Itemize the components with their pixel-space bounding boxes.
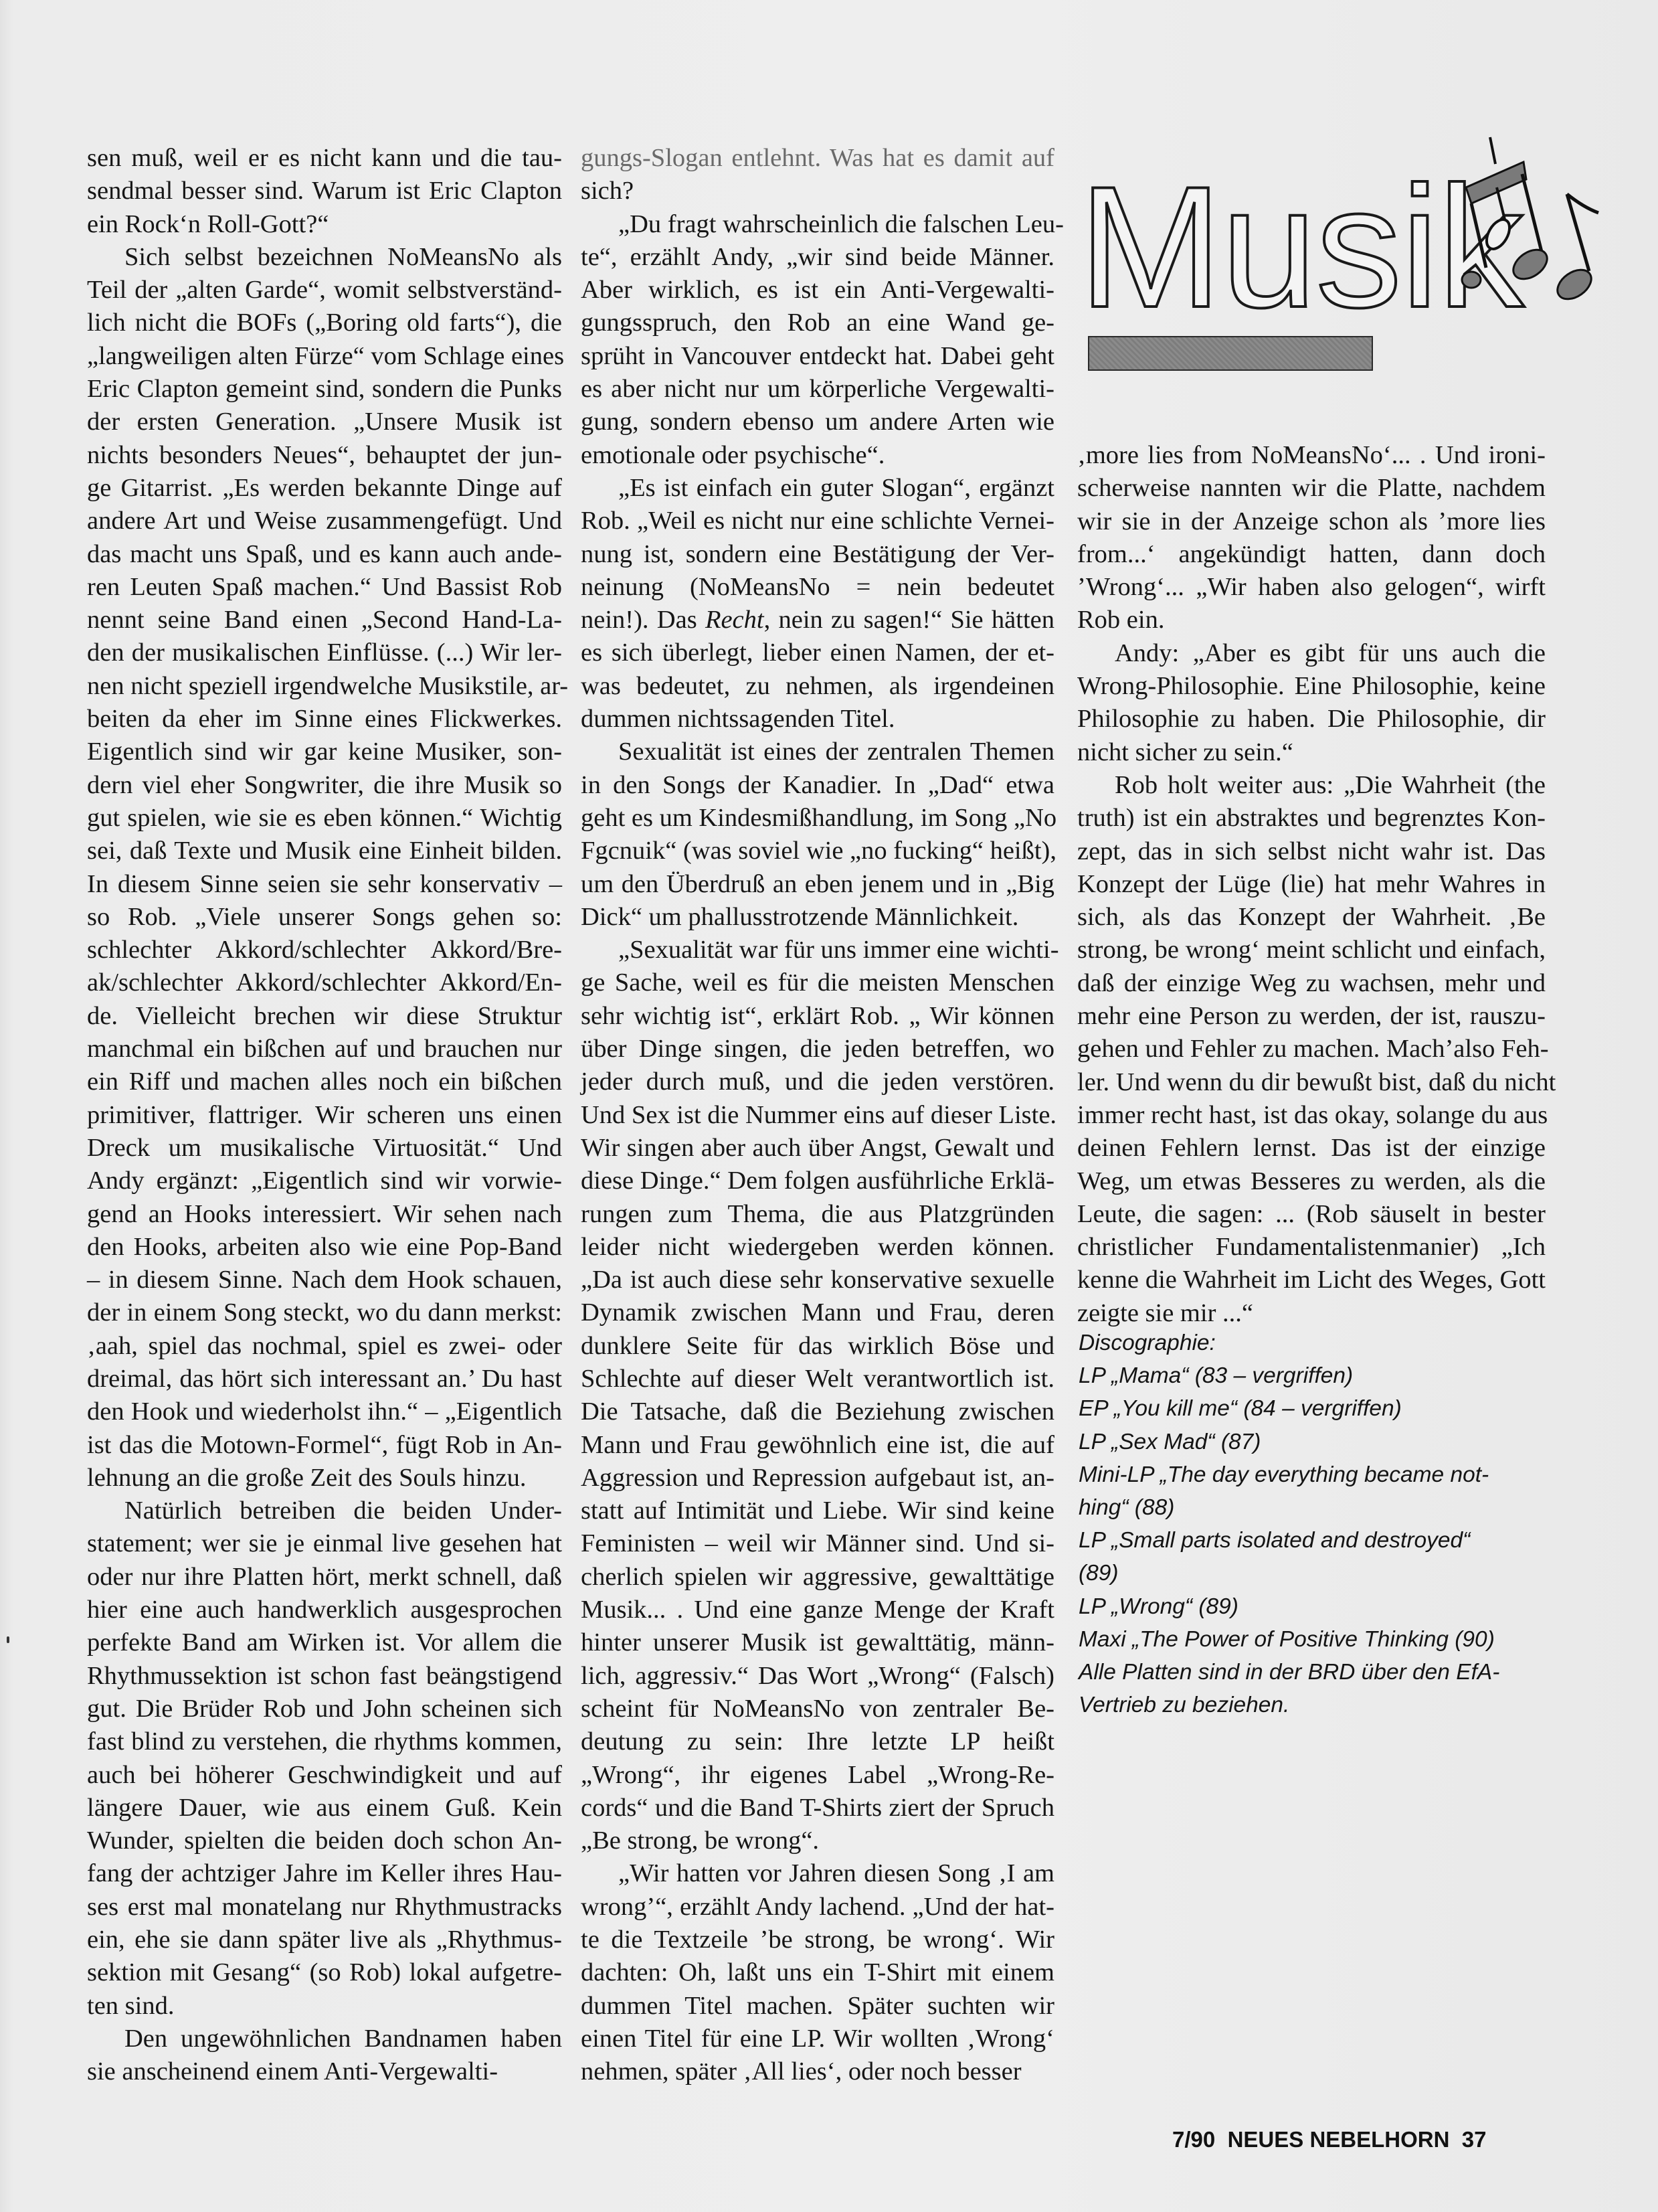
text-line: lich nicht die BOFs („Boring old farts“)… <box>87 307 562 339</box>
text-line: so Rob. „Viele unserer Songs gehen so: <box>87 901 562 934</box>
text-line: nicht sicher zu sein.“ <box>1077 736 1546 769</box>
text-line: gend an Hooks interessiert. Wir sehen na… <box>87 1198 562 1231</box>
text-line: Schlechte auf dieser Welt verantwortlich… <box>581 1363 1054 1395</box>
text-line: der ersten Generation. „Unsere Musik ist <box>87 406 562 438</box>
text-line: statt auf Intimität und Liebe. Wir sind … <box>581 1495 1054 1527</box>
text-line: Und Sex ist die Nummer eins auf dieser L… <box>581 1099 1054 1132</box>
article-column-1: sen muß, weil er es nicht kann und die t… <box>87 142 562 2089</box>
text-line: ist das die Motown-Formel“, fügt Rob in … <box>87 1429 562 1462</box>
text-line: Konzept der Lüge (lie) hat mehr Wahres i… <box>1077 868 1546 901</box>
article-column-3: ‚more lies from NoMeansNo‘... . Und iron… <box>1077 439 1546 1330</box>
text-line: te“, erzählt Andy, „wir sind beide Männe… <box>581 241 1054 274</box>
text-line: sen muß, weil er es nicht kann und die t… <box>87 142 562 175</box>
text-line: ’Wrong‘... „Wir haben also gelogen“, wir… <box>1077 571 1546 604</box>
text-line: Eric Clapton gemeint sind, sondern die P… <box>87 373 562 406</box>
text-line: gungs-Slogan entlehnt. Was hat es damit … <box>581 142 1054 175</box>
text-line: gehen und Fehler zu machen. Mach’also Fe… <box>1077 1033 1546 1066</box>
text-line: emotionale oder psychische“. <box>581 439 1054 472</box>
page-footer: 7/90 NEUES NEBELHORN 37 <box>1172 2127 1487 2152</box>
text-line: Andy: „Aber es gibt für uns auch die <box>1077 637 1546 670</box>
text-line: auch bei höherer Geschwindigkeit und auf <box>87 1759 562 1792</box>
text-line: scheint für NoMeansNo von zentraler Be- <box>581 1693 1054 1725</box>
text-line: sprüht in Vancouver entdeckt hat. Dabei … <box>581 340 1054 373</box>
text-line: Dynamik zwischen Mann und Frau, deren <box>581 1296 1054 1329</box>
discography-heading: Discographie: <box>1079 1327 1547 1359</box>
text-line: dunklere Seite für das wirklich Böse und <box>581 1330 1054 1363</box>
article-paragraph: „Du fragt wahrscheinlich die falschen Le… <box>581 208 1054 472</box>
text-line: gut. Die Brüder Rob und John scheinen si… <box>87 1693 562 1725</box>
text-line: den Hook und wiederholst ihn.“ – „Eigent… <box>87 1395 562 1428</box>
discography-entry: LP „Sex Mad“ (87) <box>1079 1426 1547 1458</box>
text-line: Wunder, spielten die beiden doch schon A… <box>87 1824 562 1857</box>
text-line: längere Dauer, wie aus einem Guß. Kein <box>87 1792 562 1824</box>
text-line: der in einem Song steckt, wo du dann mer… <box>87 1296 562 1329</box>
text-line: perfekte Band am Wirken ist. Vor allem d… <box>87 1626 562 1659</box>
discography-entry: Vertrieb zu beziehen. <box>1079 1689 1547 1721</box>
text-line: sich, als das Konzept der Wahrheit. ‚Be <box>1077 901 1546 934</box>
text-line: Natürlich betreiben die beiden Under- <box>87 1495 562 1527</box>
text-line: Weg, um etwas Besseres zu werden, als di… <box>1077 1165 1546 1198</box>
text-line: gung, sondern ebenso um andere Arten wie <box>581 406 1054 438</box>
text-line: ‚more lies from NoMeansNo‘... . Und iron… <box>1077 439 1546 472</box>
discography-entry: hing“ (88) <box>1079 1491 1547 1524</box>
text-line: Den ungewöhnlichen Bandnamen haben <box>87 2023 562 2055</box>
text-line: Fgcnuik“ (was soviel wie „no fucking“ he… <box>581 835 1054 867</box>
article-paragraph: ‚more lies from NoMeansNo‘... . Und iron… <box>1077 439 1546 637</box>
article-paragraph: Den ungewöhnlichen Bandnamen habensie an… <box>87 2023 562 2089</box>
text-line: ein Riff und machen alles noch ein bißch… <box>87 1066 562 1098</box>
text-line: In diesem Sinne seien sie sehr konservat… <box>87 868 562 901</box>
text-line: hier eine auch handwerklich ausgesproche… <box>87 1594 562 1626</box>
text-line: sektion mit Gesang“ (so Rob) lokal aufge… <box>87 1956 562 1989</box>
text-line: jeder durch muß, und die jeden verstören… <box>581 1066 1054 1098</box>
text-line: in den Songs der Kanadier. In „Dad“ etwa <box>581 769 1054 802</box>
text-line: sie anscheinend einem Anti-Vergewalti- <box>87 2055 562 2088</box>
text-line: deutung zu sein: Ihre letzte LP heißt <box>581 1725 1054 1758</box>
text-line: Rhythmussektion ist schon fast beängstig… <box>87 1660 562 1693</box>
text-line: ge Sache, weil es für die meisten Mensch… <box>581 966 1054 999</box>
text-line: „Du fragt wahrscheinlich die falschen Le… <box>581 208 1054 241</box>
text-line: leider nicht wiedergeben werden können. <box>581 1231 1054 1264</box>
text-line: „Es ist einfach ein guter Slogan“, ergän… <box>581 472 1054 505</box>
text-line: ses erst mal monatelang nur Rhythmustrac… <box>87 1891 562 1924</box>
article-paragraph: Rob holt weiter aus: „Die Wahrheit (thet… <box>1077 769 1546 1330</box>
discography-entry: Mini-LP „The day everything became not- <box>1079 1458 1547 1491</box>
text-line: um den Überdruß an eben jenem und in „Bi… <box>581 868 1054 901</box>
text-line: christlicher Fundamentalistenmanier) „Ic… <box>1077 1231 1546 1264</box>
text-line: lich, aggressiv.“ Das Wort „Wrong“ (Fals… <box>581 1660 1054 1693</box>
article-paragraph: Andy: „Aber es gibt für uns auch dieWron… <box>1077 637 1546 769</box>
text-line: andere Art und Weise zusammengefügt. Und <box>87 505 562 537</box>
text-line: Feministen – weil wir Männer sind. Und s… <box>581 1527 1054 1560</box>
text-line: neinung (NoMeansNo = nein bedeutet <box>581 571 1054 604</box>
text-line: Andy ergänzt: „Eigentlich sind wir vorwi… <box>87 1165 562 1197</box>
text-line: ein, ehe sie dann später live als „Rhyth… <box>87 1924 562 1956</box>
article-paragraph: „Es ist einfach ein guter Slogan“, ergän… <box>581 472 1054 736</box>
discography-entry: (89) <box>1079 1557 1547 1590</box>
text-line: cords“ und die Band T-Shirts ziert der S… <box>581 1792 1054 1824</box>
text-line: strong, be wrong‘ meint schlicht und ein… <box>1077 934 1546 966</box>
text-line: „Wir hatten vor Jahren diesen Song ‚I am <box>581 1857 1054 1890</box>
text-line: „Wrong“, ihr eigenes Label „Wrong-Re- <box>581 1759 1054 1792</box>
print-speck <box>7 1636 9 1643</box>
text-line: Musik... . Und eine ganze Menge der Kraf… <box>581 1594 1054 1626</box>
discography-entry: EP „You kill me“ (84 – vergriffen) <box>1079 1392 1547 1425</box>
text-line: ge Gitarrist. „Es werden bekannte Dinge … <box>87 472 562 505</box>
magazine-name: NEUES NEBELHORN <box>1228 2127 1450 2152</box>
text-line: fang der achtziger Jahre im Keller ihres… <box>87 1857 562 1890</box>
text-line: über Dinge singen, die jeden betreffen, … <box>581 1033 1054 1066</box>
text-line: Wrong-Philosophie. Eine Philosophie, kei… <box>1077 670 1546 703</box>
text-line: truth) ist ein abstraktes und begrenztes… <box>1077 802 1546 835</box>
text-line: Aggression und Repression aufgebaut ist,… <box>581 1462 1054 1495</box>
text-line: „Da ist auch diese sehr konservative sex… <box>581 1264 1054 1296</box>
text-line: nennt seine Band einen „Second Hand-La- <box>87 604 562 636</box>
text-line: manchmal ein bißchen auf und brauchen nu… <box>87 1033 562 1066</box>
text-line: oder nur ihre Platten hört, merkt schnel… <box>87 1561 562 1594</box>
discography-entry: LP „Small parts isolated and destroyed“ <box>1079 1524 1547 1557</box>
text-line: – in diesem Sinne. Nach dem Hook schauen… <box>87 1264 562 1296</box>
text-line: „Sexualität war für uns immer eine wicht… <box>581 934 1054 966</box>
discography-entry: Alle Platten sind in der BRD über den Ef… <box>1079 1656 1547 1689</box>
text-line: Mann und Frau gewöhnlich eine ist, die a… <box>581 1429 1054 1462</box>
text-line: primitiver, flattriger. Wir scheren uns … <box>87 1099 562 1132</box>
text-line: wrong’“, erzählt Andy lachend. „Und der … <box>581 1891 1054 1924</box>
text-line: wir sie in der Anzeige schon als ’more l… <box>1077 505 1546 538</box>
text-line: from...‘ angekündigt hatten, dann doch <box>1077 538 1546 571</box>
text-line: was bedeutet, zu nehmen, als irgendeinen <box>581 670 1054 703</box>
article-paragraph: „Sexualität war für uns immer eine wicht… <box>581 934 1054 1857</box>
text-line: nung ist, sondern eine Bestätigung der V… <box>581 538 1054 571</box>
text-line: Sich selbst bezeichnen NoMeansNo als <box>87 241 562 274</box>
text-line: das macht uns Spaß, und es kann auch and… <box>87 538 562 571</box>
text-line: mehr eine Person zu werden, der ist, rau… <box>1077 1000 1546 1033</box>
page-number: 37 <box>1462 2127 1487 2152</box>
text-line: Die Tatsache, daß die Beziehung zwischen <box>581 1395 1054 1428</box>
text-line: zept, das in sich selbst nicht wahr ist.… <box>1077 835 1546 868</box>
text-line: kenne die Wahrheit im Licht des Weges, G… <box>1077 1264 1546 1296</box>
header-decorative-bar <box>1088 336 1373 371</box>
text-line: den Hooks, arbeiten also wie eine Pop-Ba… <box>87 1231 562 1264</box>
text-line: Rob. „Weil es nicht nur eine schlichte V… <box>581 505 1054 537</box>
text-line: ein Rock‘n Roll-Gott?“ <box>87 208 562 241</box>
article-paragraph: Sich selbst bezeichnen NoMeansNo alsTeil… <box>87 241 562 1495</box>
text-line: dummen nichtssagenden Titel. <box>581 703 1054 736</box>
text-line: nen nicht speziell irgendwelche Musiksti… <box>87 670 562 703</box>
section-header-logo: Musik <box>1079 134 1614 361</box>
text-line: ‚aah, spiel das nochmal, spiel es zwei- … <box>87 1330 562 1363</box>
text-line: Rob ein. <box>1077 604 1546 636</box>
music-notes-icon <box>1457 134 1617 301</box>
text-line: es sich überlegt, lieber einen Namen, de… <box>581 636 1054 669</box>
magazine-page: Musik sen muß, weil er es nicht kann und… <box>0 0 1658 2212</box>
text-line: Eigentlich sind wir gar keine Musiker, s… <box>87 736 562 768</box>
text-line: den der musikalischen Einflüsse. (...) W… <box>87 636 562 669</box>
text-line: beiten da eher im Sinne eines Flickwerke… <box>87 703 562 736</box>
text-line: statement; wer sie je einmal live gesehe… <box>87 1527 562 1560</box>
text-line: diese Dinge.“ Dem folgen ausführliche Er… <box>581 1165 1054 1197</box>
text-line: dachten: Oh, laßt uns ein T-Shirt mit ei… <box>581 1956 1054 1989</box>
discography-entry: LP „Mama“ (83 – vergriffen) <box>1079 1359 1547 1392</box>
issue-number: 7/90 <box>1172 2127 1215 2152</box>
text-line: cherlich spielen wir aggressive, gewaltt… <box>581 1561 1054 1594</box>
text-line: deinen Fehlern lernst. Das ist der einzi… <box>1077 1132 1546 1165</box>
text-line: rungen zum Thema, die aus Platzgründen <box>581 1198 1054 1231</box>
text-line: Wir singen aber auch über Angst, Gewalt … <box>581 1132 1054 1165</box>
text-line: Leute, die sagen: ... (Rob säuselt in be… <box>1077 1198 1546 1231</box>
text-line: dern viel eher Songwriter, die ihre Musi… <box>87 769 562 802</box>
text-line: Sexualität ist eines der zentralen Theme… <box>581 736 1054 768</box>
text-line: ak/schlechter Akkord/schlechter Akkord/E… <box>87 966 562 999</box>
text-line: einen Titel für eine LP. Wir wollten ‚Wr… <box>581 2023 1054 2055</box>
article-column-2: gungs-Slogan entlehnt. Was hat es damit … <box>581 142 1054 2089</box>
text-line: hinter unserer Musik ist gewalttätig, mä… <box>581 1626 1054 1659</box>
text-line: daß der einzige Weg zu wachsen, mehr und <box>1077 967 1546 1000</box>
text-line: geht es um Kindesmißhandlung, im Song „N… <box>581 802 1054 835</box>
text-line: ren Leuten Spaß machen.“ Und Bassist Rob <box>87 571 562 604</box>
text-line: immer recht hast, ist das okay, solange … <box>1077 1099 1546 1132</box>
text-line: zeigte sie mir ...“ <box>1077 1297 1546 1330</box>
text-line: sendmal besser sind. Warum ist Eric Clap… <box>87 175 562 207</box>
text-line: te die Textzeile ’be strong, be wrong‘. … <box>581 1924 1054 1956</box>
text-line: Rob holt weiter aus: „Die Wahrheit (the <box>1077 769 1546 802</box>
text-line: Teil der „alten Garde“, womit selbstvers… <box>87 274 562 307</box>
text-line: nein!). Das Recht, nein zu sagen!“ Sie h… <box>581 604 1054 636</box>
text-line: gungsspruch, den Rob an eine Wand ge- <box>581 307 1054 339</box>
text-line: gut spielen, wie sie es eben können.“ Wi… <box>87 802 562 835</box>
text-line: „Be strong, be wrong“. <box>581 1824 1054 1857</box>
discography-entry: LP „Wrong“ (89) <box>1079 1590 1547 1623</box>
article-paragraph: gungs-Slogan entlehnt. Was hat es damit … <box>581 142 1054 208</box>
text-line: sich? <box>581 175 1054 207</box>
text-line: scherweise nannten wir die Platte, nachd… <box>1077 472 1546 505</box>
text-line: Aber wirklich, es ist ein Anti-Vergewalt… <box>581 274 1054 307</box>
text-line: ten sind. <box>87 1990 562 2023</box>
text-line: es aber nicht nur um körperliche Vergewa… <box>581 373 1054 406</box>
text-line: nehmen, später ‚All lies‘, oder noch bes… <box>581 2055 1054 2088</box>
text-line: schlechter Akkord/schlechter Akkord/Bre- <box>87 934 562 966</box>
article-paragraph: Sexualität ist eines der zentralen Theme… <box>581 736 1054 934</box>
text-line: sehr wichtig ist“, erklärt Rob. „ Wir kö… <box>581 1000 1054 1033</box>
text-line: ler. Und wenn du dir bewußt bist, daß du… <box>1077 1066 1546 1099</box>
text-line: dreimal, das hört sich interessant an.’ … <box>87 1363 562 1395</box>
text-line: Dreck um musikalische Virtuosität.“ Und <box>87 1132 562 1165</box>
text-line: dummen Titel machen. Später suchten wir <box>581 1990 1054 2023</box>
text-line: de. Vielleicht brechen wir diese Struktu… <box>87 1000 562 1033</box>
text-line: sei, daß Texte und Musik eine Einheit bi… <box>87 835 562 867</box>
text-line: „langweiligen alten Fürze“ vom Schlage e… <box>87 340 562 373</box>
discography-box: Discographie: LP „Mama“ (83 – vergriffen… <box>1079 1327 1547 1721</box>
discography-entry: Maxi „The Power of Positive Thinking (90… <box>1079 1623 1547 1656</box>
text-line: Dick“ um phallusstrotzende Männlichkeit. <box>581 901 1054 934</box>
article-paragraph: sen muß, weil er es nicht kann und die t… <box>87 142 562 241</box>
text-line: nichts besonders Neues“, behauptet der j… <box>87 439 562 472</box>
text-line: Philosophie zu haben. Die Philosophie, d… <box>1077 703 1546 736</box>
article-paragraph: Natürlich betreiben die beiden Under-sta… <box>87 1495 562 2023</box>
text-line: lehnung an die große Zeit des Souls hinz… <box>87 1462 562 1495</box>
text-line: fast blind zu verstehen, die rhythms kom… <box>87 1725 562 1758</box>
article-paragraph: „Wir hatten vor Jahren diesen Song ‚I am… <box>581 1857 1054 2088</box>
